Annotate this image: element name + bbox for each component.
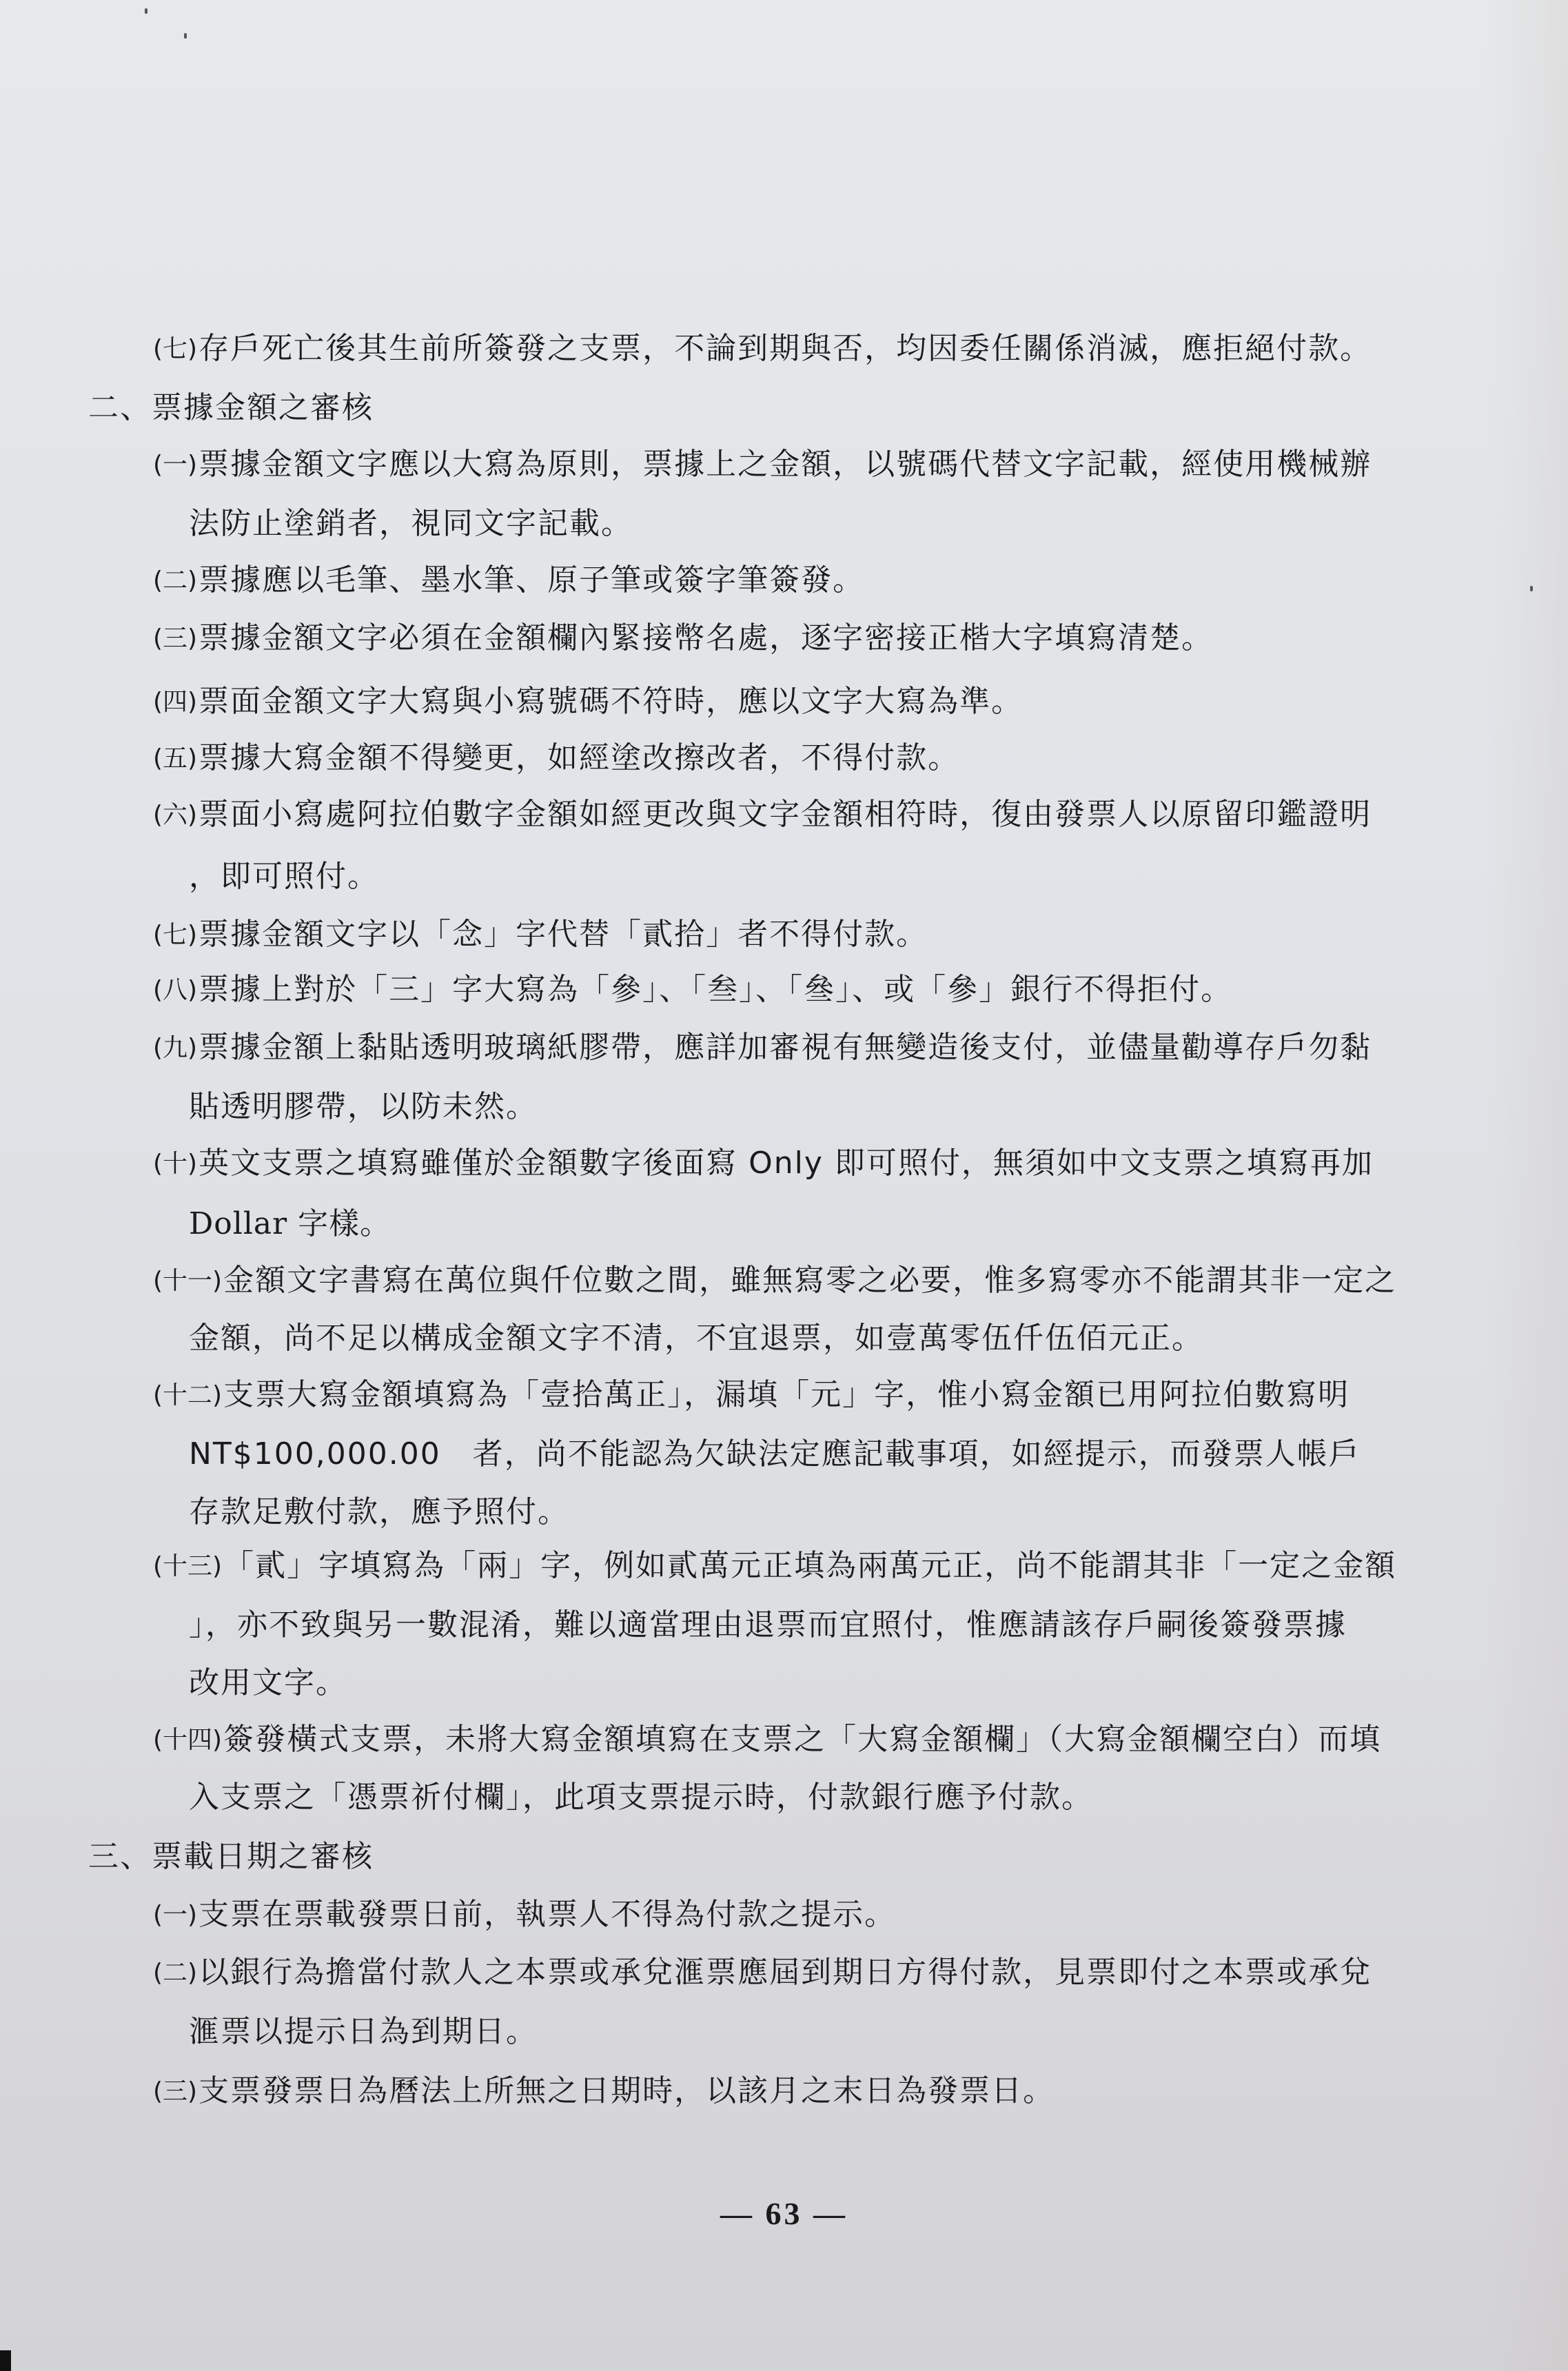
scanned-page: (七)存戶死亡後其生前所簽發之支票，不論到期與否，均因委任關係消滅，應拒絕付款。… bbox=[0, 0, 1568, 2371]
item-marker: (十四) bbox=[153, 1721, 222, 1760]
item-text: 英文支票之填寫雖僅於金額數字後面寫 Only 即可照付，無須如中文支票之填寫再加 bbox=[198, 1146, 1374, 1181]
list-item: (十二)支票大寫金額填寫為「壹拾萬正」，漏填「元」字，惟小寫金額已用阿拉伯數寫明 bbox=[153, 1376, 1350, 1415]
item-continuation: 存款足敷付款，應予照付。 bbox=[189, 1493, 569, 1532]
list-item: (二)以銀行為擔當付款人之本票或承兌滙票應屆到期日方得付款，見票即付之本票或承兌 bbox=[153, 1953, 1372, 1993]
list-item: (二)票據應以毛筆、墨水筆、原子筆或簽字筆簽發。 bbox=[153, 561, 864, 600]
section-heading: 二、票據金額之審核 bbox=[88, 389, 374, 427]
list-item: (五)票據大寫金額不得變更，如經塗改擦改者，不得付款。 bbox=[153, 739, 959, 778]
item-text: 票面金額文字大寫與小寫號碼不符時，應以文字大寫為準。 bbox=[198, 684, 1023, 719]
item-continuation: Dollar 字樣。 bbox=[189, 1205, 391, 1243]
item-marker: (十一) bbox=[153, 1262, 222, 1301]
item-marker: (四) bbox=[153, 683, 197, 722]
item-text: 支票大寫金額填寫為「壹拾萬正」，漏填「元」字，惟小寫金額已用阿拉伯數寫明 bbox=[223, 1377, 1350, 1412]
item-continuation: 貼透明膠帶，以防未然。 bbox=[189, 1088, 538, 1126]
item-continuation: 法防止塗銷者，視同文字記載。 bbox=[189, 505, 633, 543]
item-marker: (六) bbox=[153, 796, 197, 835]
item-continuation: ，即可照付。 bbox=[189, 857, 379, 896]
item-marker: (十二) bbox=[153, 1376, 222, 1415]
item-text: 票據金額文字以「念」字代替「貳拾」者不得付款。 bbox=[198, 917, 928, 952]
list-item: (三)支票發票日為曆法上所無之日期時，以該月之末日為發票日。 bbox=[153, 2072, 1055, 2111]
item-marker: (十) bbox=[153, 1145, 197, 1183]
dust-speck bbox=[1530, 586, 1533, 591]
scan-edge bbox=[0, 2350, 11, 2371]
item-text: 存戶死亡後其生前所簽發之支票，不論到期與否，均因委任關係消滅，應拒絕付款。 bbox=[198, 331, 1372, 366]
dust-speck bbox=[145, 8, 147, 14]
item-text: 支票發票日為曆法上所無之日期時，以該月之末日為發票日。 bbox=[198, 2073, 1055, 2108]
item-text: 「貳」字填寫為「兩」字，例如貳萬元正填為兩萬元正，尚不能謂其非「一定之金額 bbox=[223, 1548, 1396, 1583]
item-text: 票據上對於「三」字大寫為「參」、「叁」、「叄」、或「參」銀行不得拒付。 bbox=[198, 972, 1232, 1007]
item-marker: (二) bbox=[153, 1954, 197, 1993]
list-item: (七)存戶死亡後其生前所簽發之支票，不論到期與否，均因委任關係消滅，應拒絕付款。 bbox=[153, 329, 1372, 369]
list-item: (十四)簽發橫式支票，未將大寫金額填寫在支票之「大寫金額欄」（大寫金額欄空白）而… bbox=[153, 1720, 1381, 1760]
item-marker: (八) bbox=[153, 971, 197, 1010]
item-text: 以銀行為擔當付款人之本票或承兌滙票應屆到期日方得付款，見票即付之本票或承兌 bbox=[198, 1955, 1372, 1990]
item-marker: (九) bbox=[153, 1029, 197, 1068]
list-item: (九)票據金額上黏貼透明玻璃紙膠帶，應詳加審視有無變造後支付，並儘量勸導存戶勿黏 bbox=[153, 1028, 1372, 1068]
item-marker: (二) bbox=[153, 562, 197, 600]
item-marker: (七) bbox=[153, 916, 197, 955]
item-continuation: 金額，尚不足以構成金額文字不清，不宜退票，如壹萬零伍仟伍佰元正。 bbox=[189, 1319, 1203, 1358]
item-text: 票據應以毛筆、墨水筆、原子筆或簽字筆簽發。 bbox=[198, 562, 864, 598]
list-item: (三)票據金額文字必須在金額欄內緊接幣名處，逐字密接正楷大字填寫清楚。 bbox=[153, 619, 1213, 658]
page-number: — 63 — bbox=[0, 2195, 1568, 2232]
item-marker: (三) bbox=[153, 620, 197, 658]
dust-speck bbox=[184, 33, 187, 39]
item-marker: (一) bbox=[153, 1896, 197, 1935]
item-text: 票據金額文字應以大寫為原則，票據上之金額，以號碼代替文字記載，經使用機械辦 bbox=[198, 447, 1372, 482]
list-item: (一)支票在票載發票日前，執票人不得為付款之提示。 bbox=[153, 1895, 896, 1935]
item-continuation: 入支票之「憑票祈付欄」，此項支票提示時，付款銀行應予付款。 bbox=[189, 1778, 1093, 1817]
list-item: (八)票據上對於「三」字大寫為「參」、「叁」、「叄」、或「參」銀行不得拒付。 bbox=[153, 970, 1232, 1010]
item-text: 票據大寫金額不得變更，如經塗改擦改者，不得付款。 bbox=[198, 740, 959, 775]
item-marker: (七) bbox=[153, 330, 197, 369]
item-text: 金額文字書寫在萬位與仟位數之間，雖無寫零之必要，惟多寫零亦不能謂其非一定之 bbox=[223, 1263, 1396, 1298]
item-text: 票據金額上黏貼透明玻璃紙膠帶，應詳加審視有無變造後支付，並儘量勸導存戶勿黏 bbox=[198, 1030, 1372, 1065]
item-continuation: 改用文字。 bbox=[189, 1664, 347, 1702]
item-continuation: NT$100,000.00 者，尚不能認為欠缺法定應記載事項，如經提示，而發票人… bbox=[189, 1435, 1361, 1474]
list-item: (四)票面金額文字大寫與小寫號碼不符時，應以文字大寫為準。 bbox=[153, 682, 1023, 722]
section-heading: 三、票載日期之審核 bbox=[88, 1838, 374, 1876]
list-item: (十)英文支票之填寫雖僅於金額數字後面寫 Only 即可照付，無須如中文支票之填… bbox=[153, 1144, 1374, 1183]
list-item: (六)票面小寫處阿拉伯數字金額如經更改與文字金額相符時，復由發票人以原留印鑑證明 bbox=[153, 795, 1372, 835]
item-text: 票據金額文字必須在金額欄內緊接幣名處，逐字密接正楷大字填寫清楚。 bbox=[198, 620, 1213, 655]
list-item: (十一)金額文字書寫在萬位與仟位數之間，雖無寫零之必要，惟多寫零亦不能謂其非一定… bbox=[153, 1261, 1396, 1301]
item-text: 支票在票載發票日前，執票人不得為付款之提示。 bbox=[198, 1897, 896, 1932]
item-text: 簽發橫式支票，未將大寫金額填寫在支票之「大寫金額欄」（大寫金額欄空白）而填 bbox=[223, 1722, 1381, 1757]
list-item: (七)票據金額文字以「念」字代替「貳拾」者不得付款。 bbox=[153, 915, 928, 955]
item-continuation: 」，亦不致與另一數混淆，難以適當理由退票而宜照付，惟應請該存戶嗣後簽發票據 bbox=[189, 1606, 1347, 1645]
page-shading bbox=[1485, 0, 1568, 2371]
item-marker: (三) bbox=[153, 2073, 197, 2111]
item-marker: (五) bbox=[153, 740, 197, 778]
item-text: 票面小寫處阿拉伯數字金額如經更改與文字金額相符時，復由發票人以原留印鑑證明 bbox=[198, 797, 1372, 832]
item-marker: (一) bbox=[153, 446, 197, 485]
item-marker: (十三) bbox=[153, 1547, 222, 1586]
list-item: (十三)「貳」字填寫為「兩」字，例如貳萬元正填為兩萬元正，尚不能謂其非「一定之金… bbox=[153, 1547, 1396, 1586]
list-item: (一)票據金額文字應以大寫為原則，票據上之金額，以號碼代替文字記載，經使用機械辦 bbox=[153, 445, 1372, 485]
item-continuation: 滙票以提示日為到期日。 bbox=[189, 2013, 538, 2051]
